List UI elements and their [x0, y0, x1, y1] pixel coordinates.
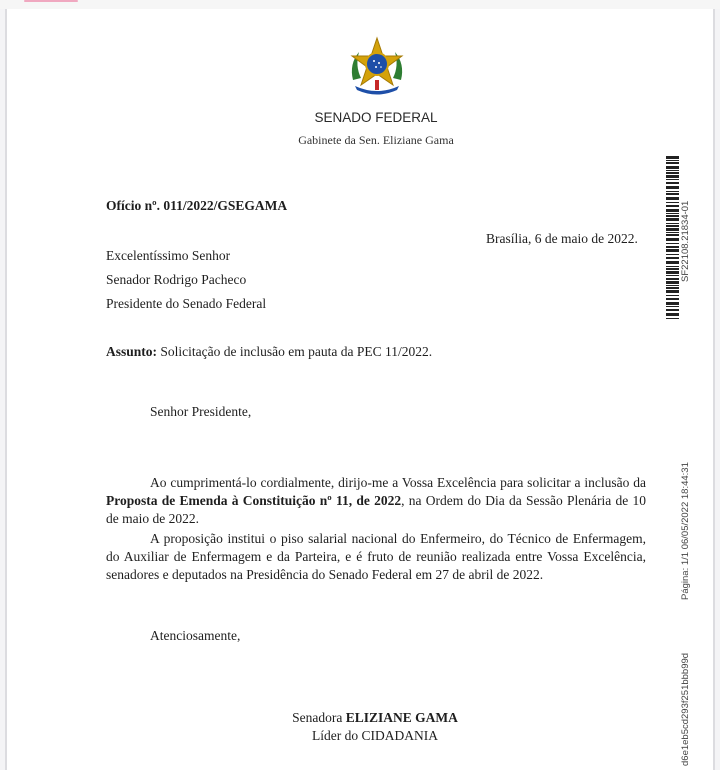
page-stamp: Página: 1/1 06/05/2022 18:44:31 [680, 462, 691, 600]
subject-text: Solicitação de inclusão em pauta da PEC … [157, 344, 432, 359]
salutation: Senhor Presidente, [150, 404, 251, 420]
place-date: Brasília, 6 de maio de 2022. [486, 231, 638, 247]
body-paragraph-1: Ao cumprimentá-lo cordialmente, dirijo-m… [106, 474, 646, 528]
office-name: Gabinete da Sen. Eliziane Gama [0, 133, 720, 148]
subject-label: Assunto: [106, 344, 157, 359]
recipient-line-3: Presidente do Senado Federal [106, 296, 266, 312]
top-bar [0, 0, 720, 9]
institution-name: SENADO FEDERAL [0, 110, 720, 125]
document-hash: d6e1eb5cd293f251bbb99d [680, 653, 691, 766]
pec-reference: Proposta de Emenda à Constituição nº 11,… [106, 493, 401, 508]
body-paragraph-2: A proposição institui o piso salarial na… [106, 530, 646, 584]
signature-prefix: Senadora [292, 710, 346, 725]
p1-text: Ao cumprimentá-lo cordialmente, dirijo-m… [150, 475, 646, 490]
recipient-line-2: Senador Rodrigo Pacheco [106, 272, 246, 288]
subject-line: Assunto: Solicitação de inclusão em paut… [106, 344, 432, 360]
closing: Atenciosamente, [150, 628, 240, 644]
barcode-code: SF22108.21834-01 [680, 201, 691, 282]
tab-indicator [24, 0, 78, 2]
signature-role: Líder do CIDADANIA [250, 728, 500, 744]
signature-name-line: Senadora ELIZIANE GAMA [250, 710, 500, 726]
barcode [666, 156, 679, 320]
recipient-line-1: Excelentíssimo Senhor [106, 248, 230, 264]
signature-name: ELIZIANE GAMA [346, 710, 458, 725]
brazil-coat-of-arms-icon [345, 36, 409, 100]
document-reference: Ofício nº. 011/2022/GSEGAMA [106, 198, 287, 214]
